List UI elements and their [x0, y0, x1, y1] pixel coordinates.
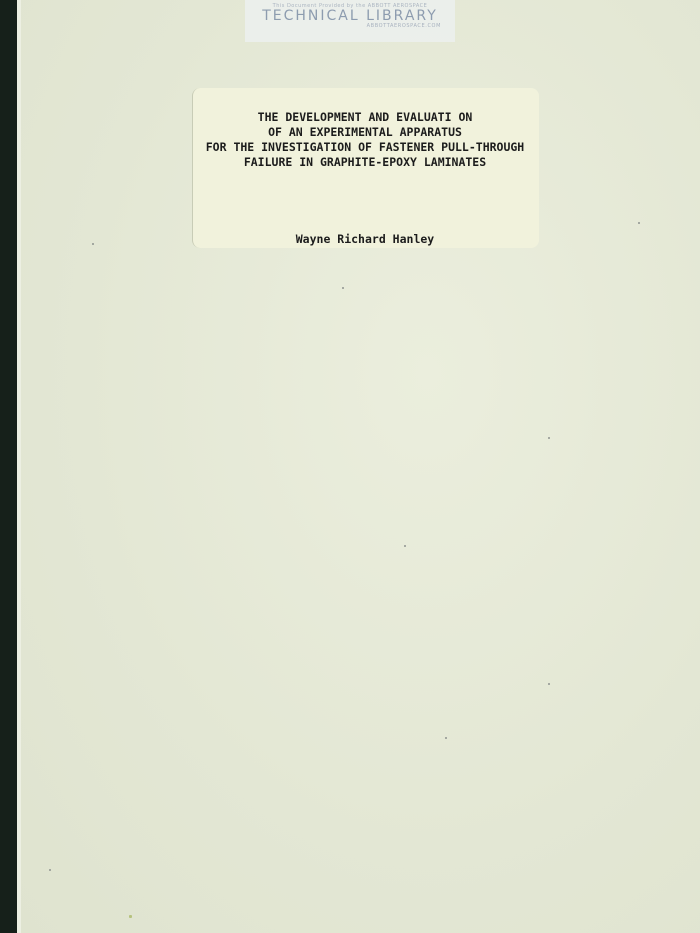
paper-speck — [129, 915, 132, 918]
library-watermark: This Document Provided by the ABBOTT AER… — [245, 0, 455, 42]
book-binding — [0, 0, 17, 933]
paper-speck — [49, 869, 51, 871]
watermark-title: TECHNICAL LIBRARY — [245, 9, 455, 23]
paper-speck — [342, 287, 344, 289]
document-title: THE DEVELOPMENT AND EVALUATI ON OF AN EX… — [180, 110, 550, 170]
author-name: Wayne Richard Hanley — [180, 232, 550, 246]
title-line: THE DEVELOPMENT AND EVALUATI ON — [180, 110, 550, 125]
title-line: FAILURE IN GRAPHITE-EPOXY LAMINATES — [180, 155, 550, 170]
title-line: FOR THE INVESTIGATION OF FASTENER PULL-T… — [180, 140, 550, 155]
paper-speck — [404, 545, 406, 547]
title-line: OF AN EXPERIMENTAL APPARATUS — [180, 125, 550, 140]
paper-speck — [445, 737, 447, 739]
paper-speck — [638, 222, 640, 224]
paper-speck — [548, 683, 550, 685]
paper-speck — [548, 437, 550, 439]
paper-speck — [92, 243, 94, 245]
